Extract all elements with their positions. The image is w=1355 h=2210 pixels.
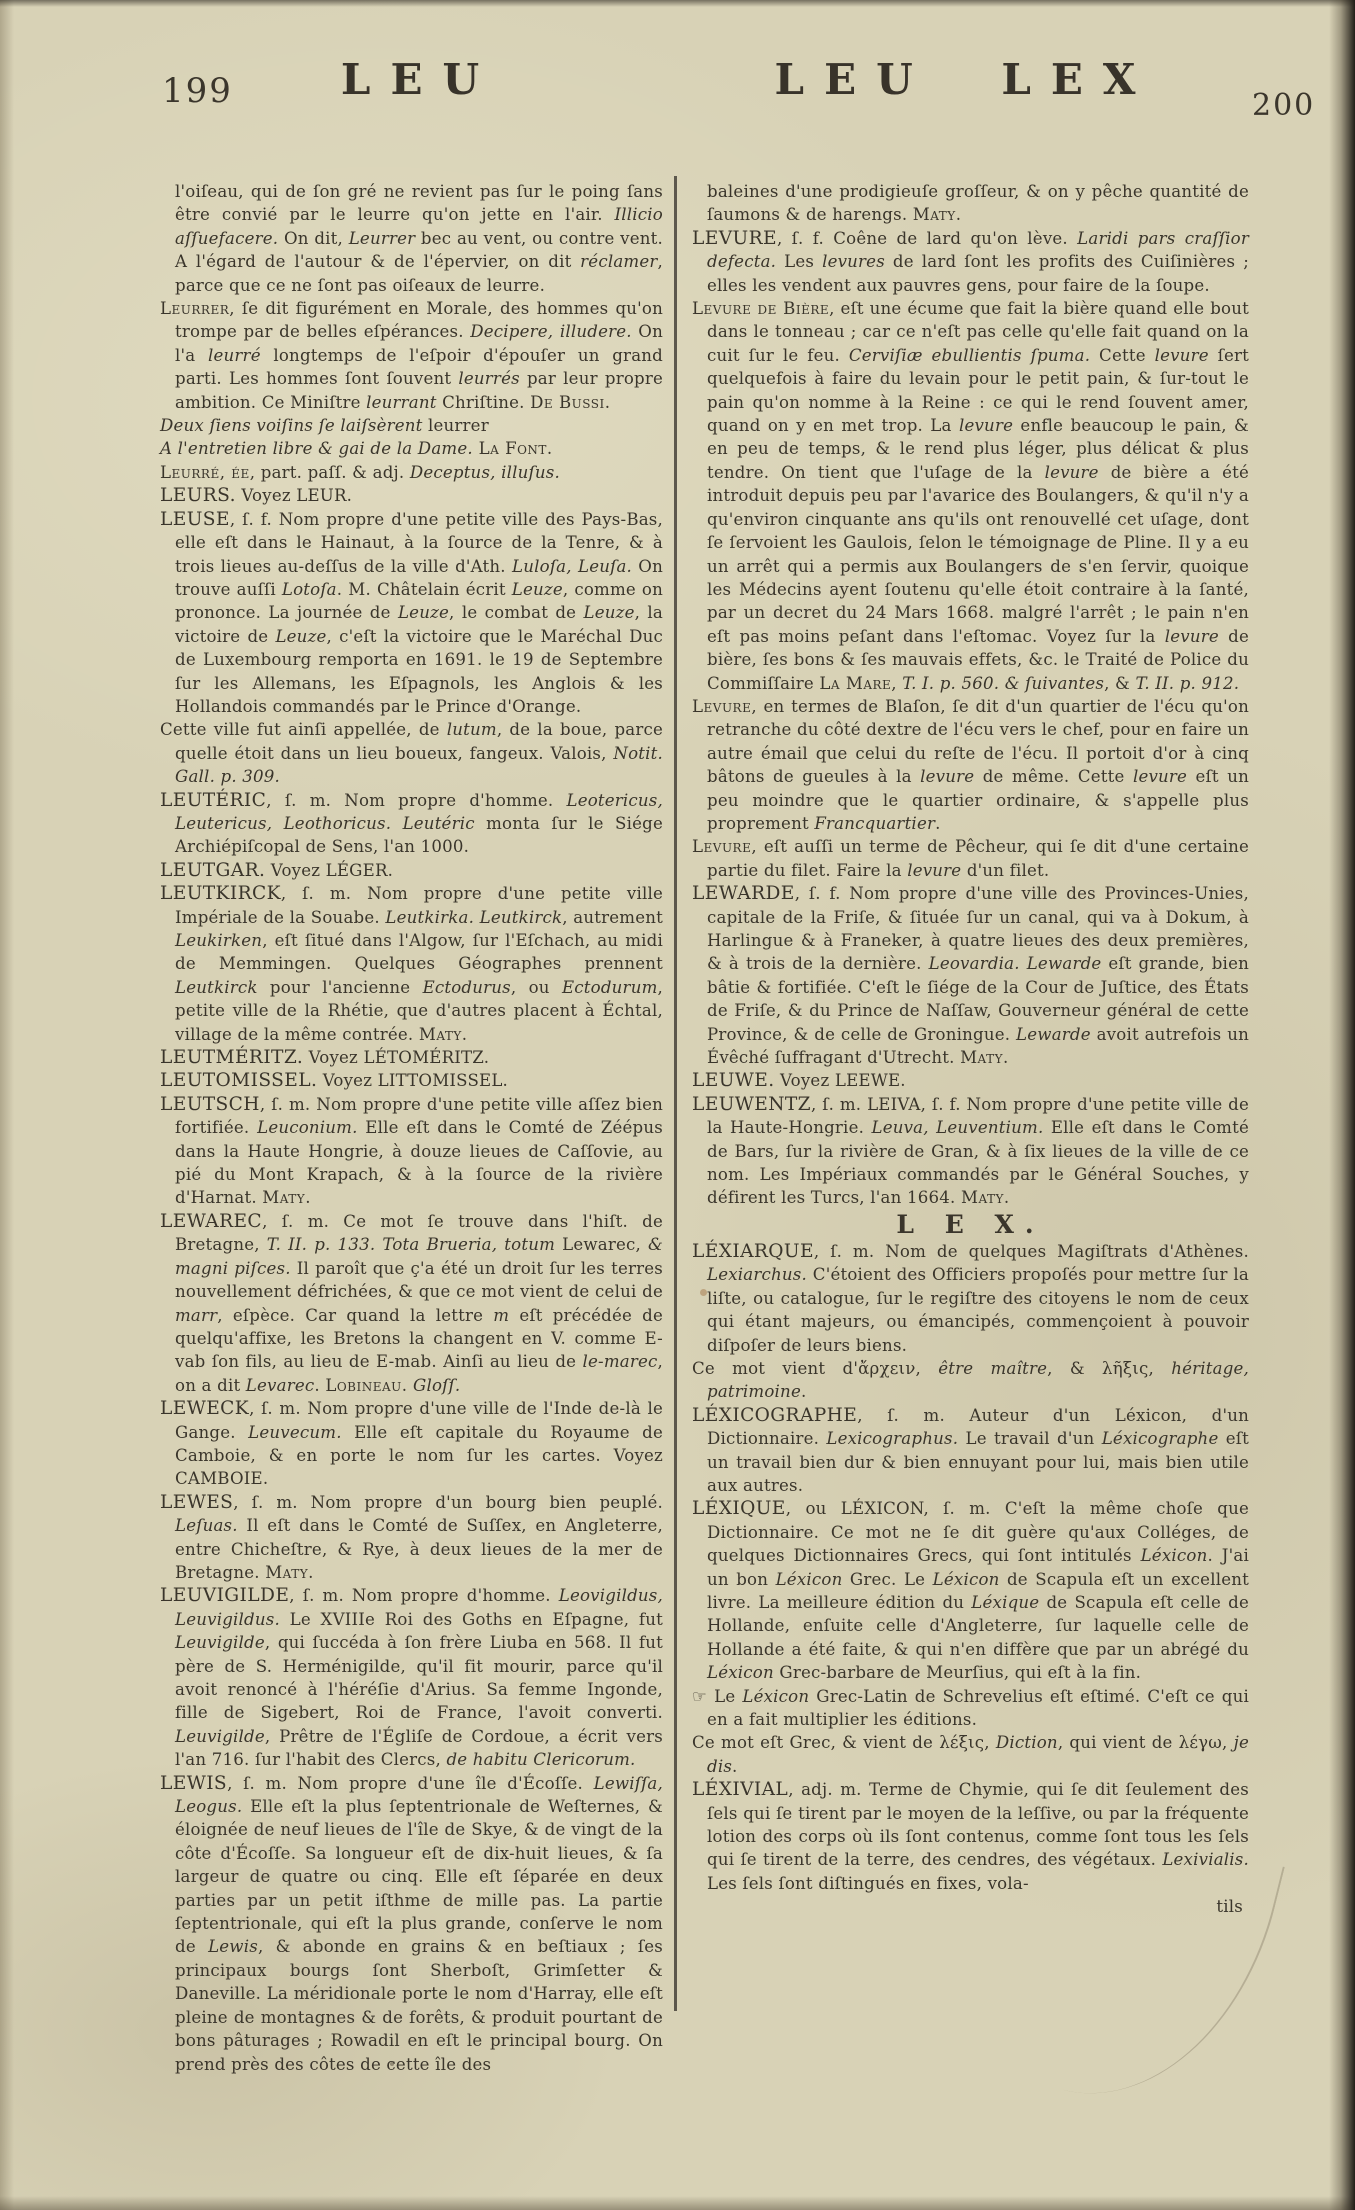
text-segment: Voyez LÉGER. [265, 861, 393, 880]
text-segment: Cette [1090, 346, 1154, 365]
text-segment: l'oiſeau, qui de ſon gré ne revient pas … [175, 182, 663, 224]
manicule-icon: ☞ [692, 1687, 714, 1706]
text-segment: , qui vient de [1058, 1733, 1179, 1752]
text-block: LEWARDE, ſ. f. Nom propre d'une ville de… [692, 882, 1249, 1069]
paper-stain-dot [700, 1289, 707, 1296]
text-segment: d'un filet. [961, 861, 1049, 880]
text-segment: levure [1045, 463, 1099, 482]
text-segment: , le combat de [449, 603, 583, 622]
text-segment: Maty. [262, 1188, 311, 1207]
text-segment: Maty. [960, 1048, 1009, 1067]
text-block: Ce mot eſt Grec, & vient de λέξις, Dicti… [692, 1731, 1249, 1778]
text-segment: levure [1155, 346, 1209, 365]
text-segment: baleines d'une prodigieuſe groſſeur, & o… [707, 182, 1249, 224]
text-segment: de bière a été introduit depuis peu par … [707, 463, 1249, 646]
text-segment: Leutéric [403, 814, 475, 833]
text-segment: être maître [938, 1359, 1047, 1378]
text-segment: Grec. Le [842, 1570, 932, 1589]
text-segment: Ectodurus [423, 978, 511, 997]
text-segment: Lexiarchus. [707, 1265, 807, 1284]
headword: LEWES [160, 1492, 233, 1513]
text-segment: Leutkirck [480, 908, 563, 927]
text-block: LEWAREC, ſ. m. Ce mot ſe trouve dans l'h… [160, 1210, 663, 1397]
text-segment: leurrer [428, 416, 489, 435]
text-segment: Il eſt dans le Comté de Suſſex, en Angle… [175, 1516, 663, 1582]
text-segment: lutum [447, 720, 497, 739]
text-block: Cette ville fut ainſi appellée, de lutum… [160, 718, 663, 788]
text-segment: Léxicographe [1102, 1429, 1219, 1448]
page-number-left: 199 [162, 80, 233, 103]
text-segment: , [891, 674, 902, 693]
text-block: LEUSE, ſ. f. Nom propre d'une petite vil… [160, 508, 663, 719]
text-block: LEUWENTZ, ſ. m. LEIVA, ſ. f. Nom propre … [692, 1093, 1249, 1210]
text-segment: Lewarde [1027, 954, 1102, 973]
headword: LEUTMÉRITZ. [160, 1047, 303, 1068]
text-segment: Grec-barbare de Meurſius, qui eſt à la f… [774, 1663, 1141, 1682]
text-segment: Léxicon [707, 1663, 774, 1682]
text-segment: Deux ſiens voiſins ſe laiſsèrent [160, 416, 428, 435]
text-segment: Deceptus, illuſus. [410, 463, 560, 482]
headword: LEWECK [160, 1398, 249, 1419]
text-block: LEWES, ſ. m. Nom propre d'un bourg bien … [160, 1491, 663, 1585]
text-segment: Leurré, ée [160, 463, 250, 482]
headword: LEUVIGILDE [160, 1585, 289, 1606]
text-segment: levure [907, 861, 961, 880]
text-segment: , ſ. m. Nom propre d'homme. [289, 1586, 558, 1605]
text-segment: Leurrer [160, 299, 229, 318]
text-segment: , & [1047, 1359, 1102, 1378]
text-segment: de même. Cette [974, 767, 1133, 786]
text-block: A l'entretien libre & gai de la Dame. La… [160, 437, 663, 460]
section-heading: L E X. [692, 1210, 1249, 1240]
text-block: LEUTGAR. Voyez LÉGER. [160, 859, 663, 882]
text-segment: , ſ. m. Nom propre d'homme. [266, 791, 566, 810]
text-segment: Leuze [275, 627, 326, 646]
text-segment: Maty. [265, 1563, 314, 1582]
text-segment: Leuvigilde [175, 1633, 265, 1652]
page-edge-shadow-top [0, 0, 1355, 7]
text-segment: Lobineau. [325, 1376, 407, 1395]
text-block: LEURS. Voyez LEUR. [160, 484, 663, 507]
text-segment: La Font. [473, 439, 553, 458]
text-segment: , [1148, 1359, 1171, 1378]
text-block: Levure de Bière, eſt une écume que fait … [692, 297, 1249, 695]
text-segment: . [314, 1376, 325, 1395]
headword: LEUWENTZ [692, 1094, 811, 1115]
headword: LEWAREC [160, 1211, 262, 1232]
text-segment: Leuze [512, 580, 563, 599]
text-segment: Voyez LÉTOMÉRITZ. [303, 1048, 489, 1067]
headword: LEUWE. [692, 1070, 775, 1091]
text-segment: leurrés [458, 369, 519, 388]
text-segment: On dit, [278, 229, 348, 248]
text-segment: , ſ. m. Nom propre d'une île d'Écoſſe. [227, 1774, 594, 1793]
text-segment: le-marec [583, 1352, 658, 1371]
running-title-right: LEU LEX [775, 68, 1156, 91]
text-segment: m [493, 1306, 509, 1325]
text-block: Deux ſiens voiſins ſe laiſsèrent leurrer [160, 414, 663, 437]
headword: LEVURE [692, 228, 777, 249]
text-segment: Le travail d'un [958, 1429, 1102, 1448]
text-block: LEUTÉRIC, ſ. m. Nom propre d'homme. Leot… [160, 789, 663, 859]
headword: LEUTSCH [160, 1094, 260, 1115]
text-block: Ce mot vient d'ἄρχειν, être maître, & λῆ… [692, 1357, 1249, 1404]
text-segment: Voyez LEUR. [236, 486, 352, 505]
page-edge-shadow-left [0, 0, 14, 2210]
text-segment: Le [714, 1687, 742, 1706]
text-segment: Decipere, illudere. [470, 322, 631, 341]
headword: LEUTÉRIC [160, 790, 266, 811]
text-segment: Levarec [246, 1376, 315, 1395]
text-segment: leurrant [366, 393, 437, 412]
text-block: Levure, eſt auſſi un terme de Pêcheur, q… [692, 835, 1249, 882]
text-segment: ἄρχειν [858, 1359, 915, 1378]
text-segment: levure [1133, 767, 1187, 786]
text-segment: Leutkirck [175, 978, 258, 997]
text-segment: Leurrer [349, 229, 416, 248]
text-segment: , ſ. m. Nom de quelques Magiſtrats d'Ath… [814, 1242, 1249, 1261]
text-block: LÉXIQUE, ou LÉXICON, ſ. m. C'eſt la même… [692, 1497, 1249, 1684]
text-segment: Lewis [208, 1937, 258, 1956]
text-segment: Léxicon [933, 1570, 1000, 1589]
text-segment: La Mare [819, 674, 891, 693]
headword: LEWIS [160, 1773, 227, 1794]
text-segment: . M. Châtelain écrit [337, 580, 512, 599]
text-segment: Léxicon [1141, 1546, 1208, 1565]
text-segment: , autrement [562, 908, 663, 927]
text-segment: De Bussi. [530, 393, 610, 412]
text-segment: Leuze [584, 603, 635, 622]
text-segment: Voyez LEEWE. [775, 1071, 906, 1090]
text-segment: , & abonde en grains & en beſtiaux ; ſes… [175, 1937, 663, 2073]
text-segment: . [935, 814, 940, 833]
text-segment: Lexicographus. [826, 1429, 958, 1448]
column-divider-rule [674, 176, 677, 2011]
text-block: LÉXIARQUE, ſ. m. Nom de quelques Magiſtr… [692, 1240, 1249, 1357]
text-block: Leurrer, ſe dit figurément en Morale, de… [160, 297, 663, 414]
text-segment: Leuze [398, 603, 449, 622]
text-block: Levure, en termes de Blaſon, ſe dit d'un… [692, 695, 1249, 835]
text-segment: Gloſſ. [413, 1376, 460, 1395]
headword: LEWARDE [692, 883, 795, 904]
text-segment: , & [1104, 674, 1135, 693]
text-block: LÉXICOGRAPHE, ſ. m. Auteur d'un Léxicon,… [692, 1404, 1249, 1498]
text-segment: Elle eſt la plus ſeptentrionale de Weſte… [175, 1797, 663, 1956]
text-segment: Maty. [961, 1188, 1010, 1207]
text-segment: λέγω [1179, 1733, 1222, 1752]
text-segment [1020, 954, 1027, 973]
text-segment: Léxique [971, 1593, 1039, 1612]
text-block: LEUTMÉRITZ. Voyez LÉTOMÉRITZ. [160, 1046, 663, 1069]
text-segment: Léxicon [776, 1570, 843, 1589]
text-segment: réclamer [580, 252, 657, 271]
text-segment: Diction [996, 1733, 1058, 1752]
text-segment [391, 814, 402, 833]
text-segment: , ou [511, 978, 562, 997]
ink-speck [390, 2062, 394, 2066]
text-segment: L E X. [896, 1210, 1044, 1239]
text-segment: Leſuas. [175, 1516, 238, 1535]
text-segment: λῆξις [1102, 1359, 1148, 1378]
text-segment: Ce mot eſt Grec, & vient de [692, 1733, 939, 1752]
headword: LÉXIARQUE [692, 1241, 814, 1262]
text-segment: Cerviſiæ ebullientis ſpuma. [849, 346, 1090, 365]
text-segment: leurré [208, 346, 261, 365]
text-segment: Lewarde [1016, 1025, 1091, 1044]
text-segment: Leuvecum. [248, 1423, 342, 1442]
right-column-text: baleines d'une prodigieuſe groſſeur, & o… [692, 180, 1249, 1895]
text-block: baleines d'une prodigieuſe groſſeur, & o… [692, 180, 1249, 227]
text-segment: Leovardia. [929, 954, 1020, 973]
text-segment: Voyez LITTOMISSEL. [317, 1071, 508, 1090]
text-segment: Leuvigilde [175, 1727, 265, 1746]
right-column: baleines d'une prodigieuſe groſſeur, & o… [692, 180, 1249, 1919]
text-segment: Levure de Bière [692, 299, 829, 318]
scanned-dictionary-page: { "page": { "left_page_number": "199", "… [0, 0, 1355, 2210]
text-segment: levure [1165, 627, 1219, 646]
text-segment: . [732, 1757, 737, 1776]
text-segment: levure [959, 416, 1013, 435]
text-segment: Maty. [913, 205, 962, 224]
running-title-left: LEU [341, 68, 499, 91]
text-segment: pour l'ancienne [258, 978, 423, 997]
text-segment: , part. paſſ. & adj. [250, 463, 410, 482]
page-number-right: 200 [1252, 94, 1315, 117]
text-block: LEWIS, ſ. m. Nom propre d'une île d'Écoſ… [160, 1772, 663, 2076]
text-segment: marr [175, 1306, 217, 1325]
text-segment: T. I. p. 560. & ſuivantes [902, 674, 1104, 693]
text-block: LEUWE. Voyez LEEWE. [692, 1069, 1249, 1092]
text-segment: Lewarec, [555, 1235, 648, 1254]
text-segment: Luloſa, Leuſa. [512, 557, 632, 576]
text-segment: , ſ. m. Nom propre d'un bourg bien peupl… [233, 1493, 663, 1512]
text-segment: Ce mot vient d' [692, 1359, 858, 1378]
text-block: LEWECK, ſ. m. Nom propre d'une ville de … [160, 1397, 663, 1491]
text-segment: A l'entretien libre & gai de la Dame. [160, 439, 473, 458]
text-segment: Cette ville fut ainſi appellée, de [160, 720, 447, 739]
text-segment: , [1222, 1733, 1234, 1752]
text-block: LEUTOMISSEL. Voyez LITTOMISSEL. [160, 1069, 663, 1092]
text-segment: , ſ. f. Coêne de lard qu'on lève. [777, 229, 1077, 248]
text-segment: , [984, 1733, 996, 1752]
text-segment: , [916, 1359, 939, 1378]
text-segment: levure [920, 767, 974, 786]
headword: LÉXIVIAL [692, 1779, 788, 1800]
text-segment: , eſpèce. Car quand la lettre [217, 1306, 493, 1325]
headword: LEUSE [160, 509, 230, 530]
text-segment: levures [822, 252, 885, 271]
headword: LÉXICOGRAPHE [692, 1405, 857, 1426]
headword: LEUTGAR. [160, 860, 265, 881]
text-segment: Levure [692, 837, 751, 856]
book-edge-shadow-right [1329, 0, 1355, 2210]
text-block: ☞ Le Léxicon Grec-Latin de Schrevelius e… [692, 1685, 1249, 1732]
headword: LÉXIQUE [692, 1498, 786, 1519]
text-segment: T. II. p. 133. Tota Brueria, totum [267, 1235, 555, 1254]
page-edge-shadow-bottom [0, 2196, 1355, 2210]
text-segment: Les [776, 252, 822, 271]
text-block: LEVURE, ſ. f. Coêne de lard qu'on lève. … [692, 227, 1249, 297]
text-segment: de habitu Clericorum. [446, 1750, 635, 1769]
text-segment: Lotoſa [282, 580, 337, 599]
text-block: LEUTKIRCK, ſ. m. Nom propre d'une petite… [160, 882, 663, 1046]
text-segment: Leukirken [175, 931, 262, 950]
text-segment: Le XVIIIe Roi des Goths en Eſpagne, fut [280, 1610, 663, 1629]
text-segment: Leutkirka. [385, 908, 474, 927]
text-segment: Leuva, Leuventium. [871, 1118, 1043, 1137]
text-block: LEUVIGILDE, ſ. m. Nom propre d'homme. Le… [160, 1584, 663, 1771]
text-segment: Chriſtine. [437, 393, 530, 412]
text-block: l'oiſeau, qui de ſon gré ne revient pas … [160, 180, 663, 297]
text-segment: Levure [692, 697, 751, 716]
headword: LEUTOMISSEL. [160, 1070, 317, 1091]
text-segment: T. II. p. 912. [1135, 674, 1239, 693]
text-segment: Francquartier [814, 814, 935, 833]
text-segment: Leuconium. [257, 1118, 358, 1137]
text-segment: Maty. [419, 1025, 468, 1044]
text-segment: Léxicon [742, 1687, 809, 1706]
text-segment: λέξις [939, 1733, 984, 1752]
headword: LEUTKIRCK [160, 883, 281, 904]
headword: LEURS. [160, 485, 236, 506]
text-block: LEUTSCH, ſ. m. Nom propre d'une petite v… [160, 1093, 663, 1210]
left-column: l'oiſeau, qui de ſon gré ne revient pas … [160, 180, 663, 2076]
text-segment: . [801, 1382, 806, 1401]
text-segment: Ectodurum [562, 978, 658, 997]
text-segment: Les ſels ſont diſtingués en fixes, vola- [707, 1874, 1029, 1893]
text-block: Leurré, ée, part. paſſ. & adj. Deceptus,… [160, 461, 663, 484]
